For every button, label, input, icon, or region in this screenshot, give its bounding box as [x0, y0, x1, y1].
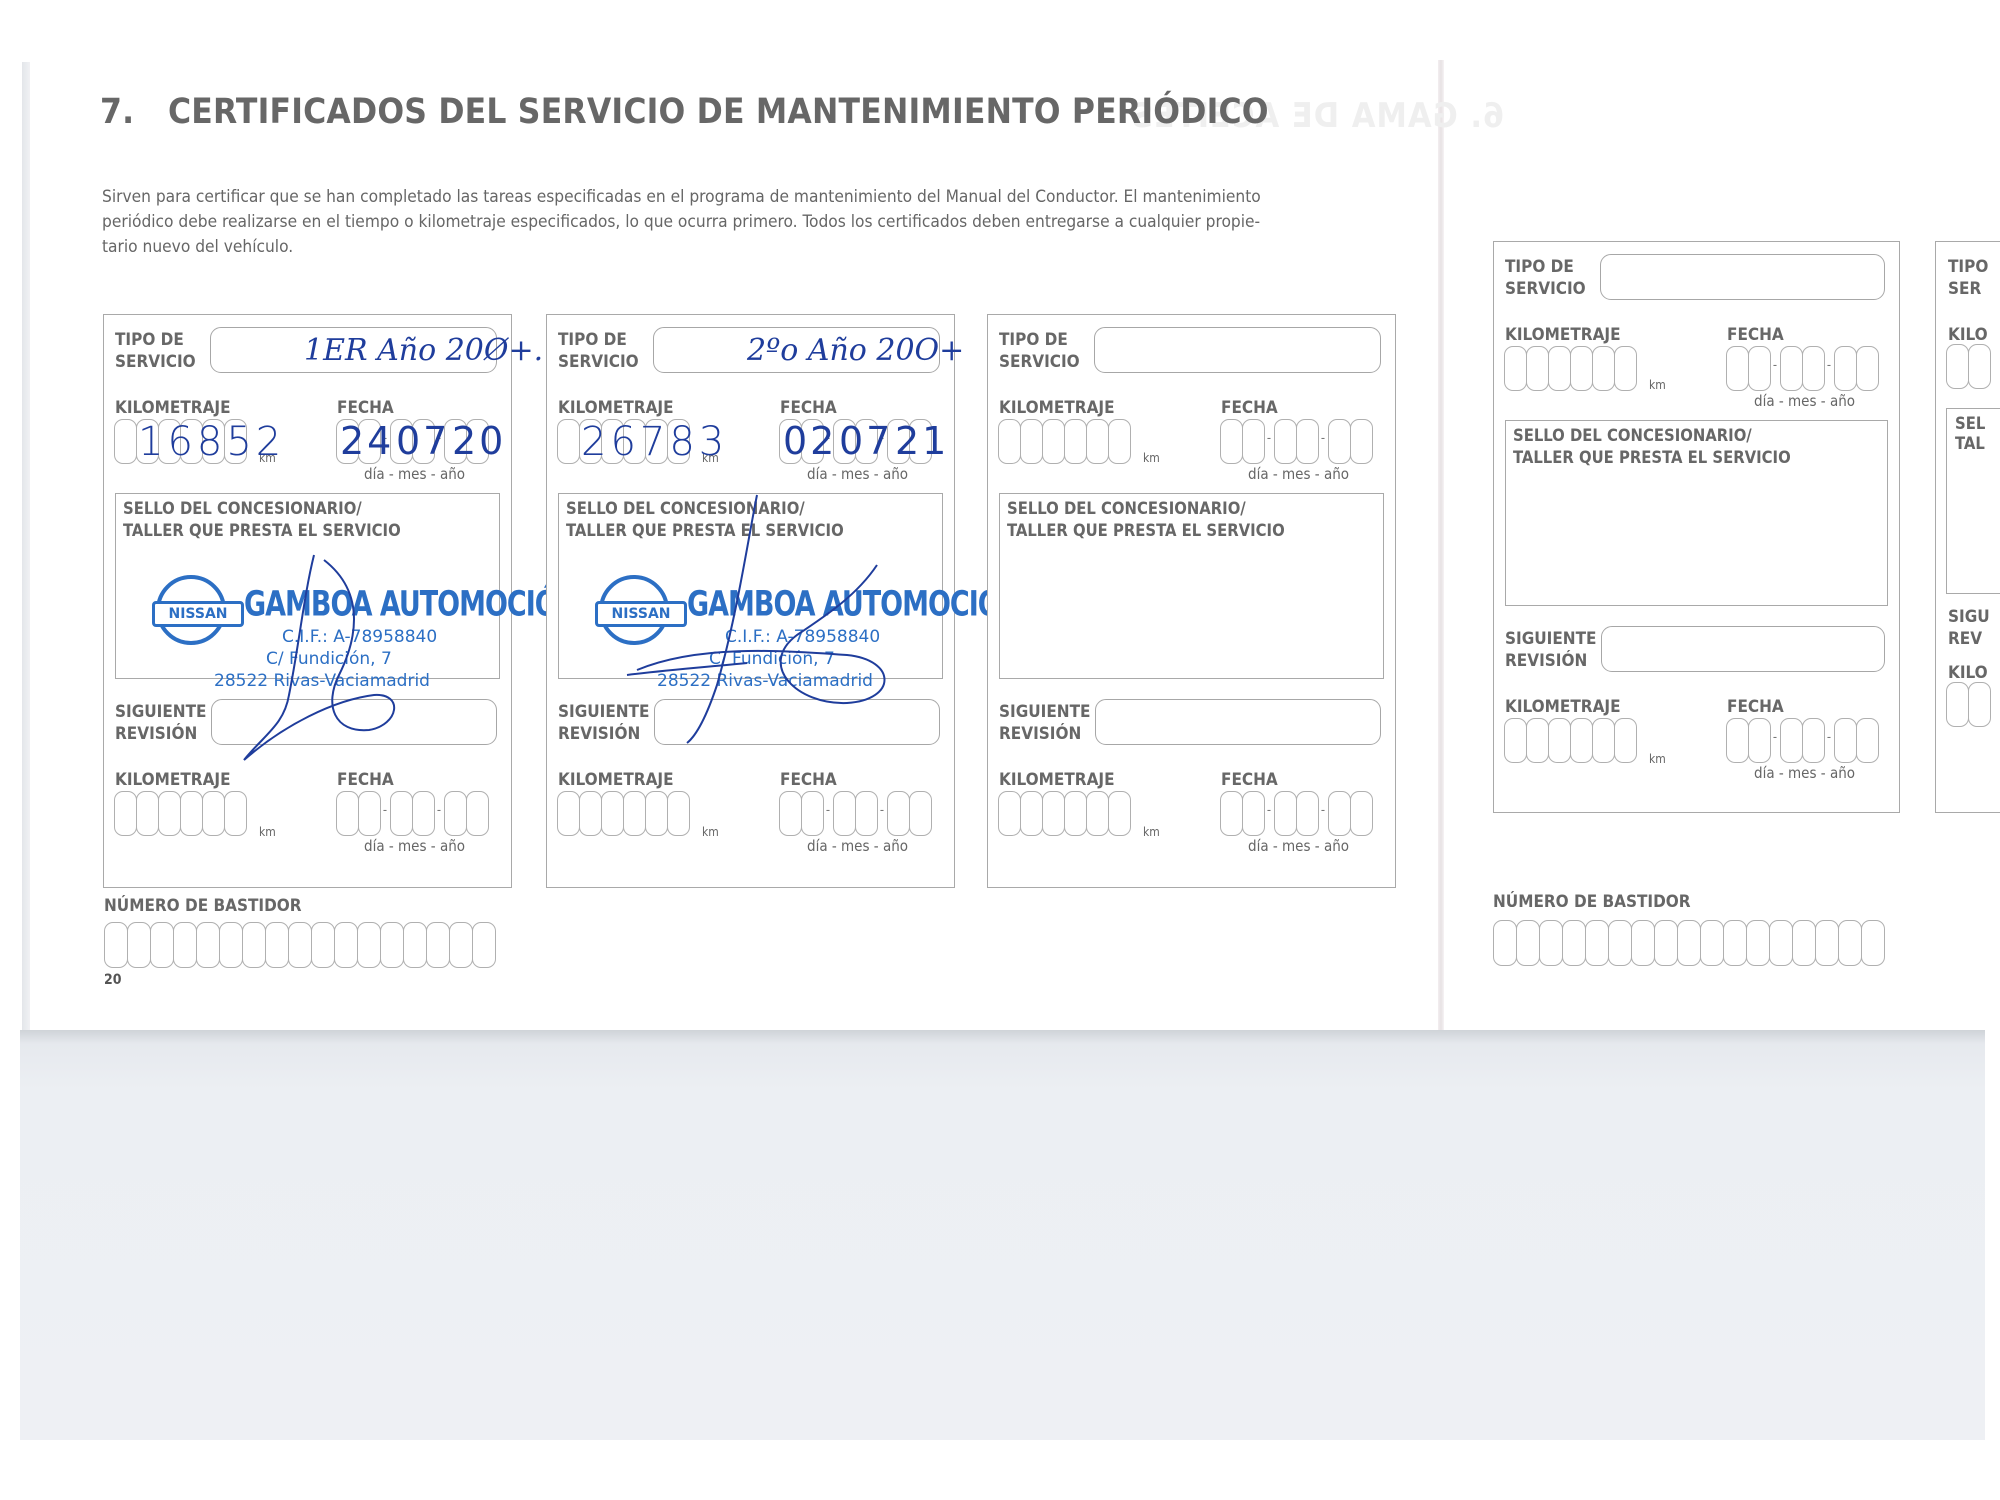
partial-label: KILO	[1948, 324, 1988, 346]
service-type-label: SERVICIO	[558, 351, 639, 373]
digit-box[interactable]	[1548, 718, 1571, 763]
digit-box[interactable]	[1748, 718, 1771, 763]
partial-label: TAL	[1955, 433, 1985, 455]
digit-box[interactable]	[1726, 718, 1749, 763]
date-format-hint: día - mes - año	[364, 837, 465, 855]
next-service-label: REVISIÓN	[558, 723, 640, 745]
digit-box[interactable]	[998, 791, 1021, 836]
digit-box[interactable]	[1856, 718, 1879, 763]
dealer-stamp-area: SELLO DEL CONCESIONARIO/TALLER QUE PREST…	[999, 493, 1384, 679]
stamp-label: TALLER QUE PRESTA EL SERVICIO	[566, 520, 844, 542]
next-service-field[interactable]	[1601, 626, 1885, 672]
digit-box[interactable]	[909, 419, 932, 464]
digit-box[interactable]	[1296, 419, 1319, 464]
vin-digit-box[interactable]	[1700, 920, 1724, 966]
stamp-label: SELLO DEL CONCESIONARIO/	[123, 498, 362, 520]
digit-box[interactable]	[224, 419, 247, 464]
service-type-field[interactable]	[653, 327, 940, 373]
date-separator: -	[1824, 718, 1834, 763]
digit-box[interactable]	[645, 419, 668, 464]
vin-digit-box[interactable]	[1861, 920, 1885, 966]
vin-digit-box[interactable]	[1815, 920, 1839, 966]
vin-digit-box[interactable]	[1516, 920, 1540, 966]
mileage-label: KILOMETRAJE	[115, 769, 231, 791]
service-type-label: TIPO DE	[1505, 256, 1574, 278]
section-title: CERTIFICADOS DEL SERVICIO DE MANTENIMIEN…	[168, 92, 1269, 132]
next-date-field[interactable]: --	[1220, 791, 1372, 836]
stamp-label: SELLO DEL CONCESIONARIO/	[1513, 425, 1752, 447]
certificate-card-partial: TIPO SER KILO SEL TAL SIGU REV KILO	[1935, 241, 2000, 813]
vin-digit-box[interactable]	[380, 922, 404, 968]
km-unit: km	[1649, 752, 1666, 766]
vin-digit-box[interactable]	[1792, 920, 1816, 966]
date-format-hint: día - mes - año	[1754, 764, 1855, 782]
digit-box[interactable]	[224, 791, 247, 836]
next-mileage-field[interactable]	[557, 791, 689, 836]
service-type-field[interactable]	[1600, 254, 1885, 300]
vin-digit-box[interactable]	[1631, 920, 1655, 966]
date-separator: -	[1264, 419, 1274, 464]
digit-box[interactable]	[1834, 346, 1857, 391]
digit-box[interactable]	[1614, 346, 1637, 391]
next-service-label: REVISIÓN	[115, 723, 197, 745]
vin-digit-box[interactable]	[403, 922, 427, 968]
date-format-hint: día - mes - año	[1248, 465, 1349, 483]
digit-box[interactable]	[1350, 419, 1373, 464]
digit-box[interactable]	[202, 791, 225, 836]
digit-box[interactable]	[1220, 419, 1243, 464]
date-separator: -	[1770, 718, 1780, 763]
mileage-label: KILOMETRAJE	[999, 397, 1115, 419]
date-field[interactable]: --	[1220, 419, 1372, 464]
service-type-label: TIPO DE	[558, 329, 627, 351]
digit-box[interactable]	[833, 791, 856, 836]
next-mileage-field[interactable]	[114, 791, 246, 836]
digit-box[interactable]	[667, 791, 690, 836]
digit-box[interactable]	[1504, 346, 1527, 391]
stamp-label: SELLO DEL CONCESIONARIO/	[566, 498, 805, 520]
digit-box[interactable]	[1856, 346, 1879, 391]
service-type-label: TIPO DE	[999, 329, 1068, 351]
next-date-field[interactable]: --	[1726, 718, 1878, 763]
date-separator: -	[1318, 791, 1328, 836]
partial-label: REV	[1948, 628, 1982, 650]
date-field[interactable]: --	[1726, 346, 1878, 391]
dealer-stamp-area: SELLO DEL CONCESIONARIO/TALLER QUE PREST…	[115, 493, 500, 679]
digit-box[interactable]	[1526, 718, 1549, 763]
digit-box[interactable]	[412, 419, 435, 464]
certificate-card: TIPO DESERVICIOKILOMETRAJEFECHAkm--día -…	[546, 314, 955, 888]
digit-box[interactable]	[1064, 791, 1087, 836]
vin-digit-box[interactable]	[1677, 920, 1701, 966]
vin-label: NÚMERO DE BASTIDOR	[1493, 892, 1691, 912]
digit-box[interactable]	[1592, 346, 1615, 391]
km-unit: km	[259, 825, 276, 839]
date-separator: -	[380, 791, 390, 836]
vin-digit-box[interactable]	[449, 922, 473, 968]
vin-digit-box[interactable]	[150, 922, 174, 968]
digit-box[interactable]	[887, 419, 910, 464]
digit-box[interactable]	[1042, 791, 1065, 836]
service-type-field[interactable]	[1094, 327, 1381, 373]
digit-box[interactable]	[667, 419, 690, 464]
digit-box[interactable]	[1220, 791, 1243, 836]
digit-box[interactable]	[909, 791, 932, 836]
digit-box[interactable]	[358, 419, 381, 464]
mileage-label: KILOMETRAJE	[1505, 696, 1621, 718]
digit-box[interactable]	[779, 791, 802, 836]
date-separator: -	[1824, 346, 1834, 391]
digit-box[interactable]	[1086, 791, 1109, 836]
digit-box[interactable]	[444, 419, 467, 464]
km-unit: km	[1649, 378, 1666, 392]
next-service-field[interactable]	[1095, 699, 1381, 745]
vin-field[interactable]	[1493, 920, 1884, 966]
vin-digit-box[interactable]	[426, 922, 450, 968]
stamp-label: SELLO DEL CONCESIONARIO/	[1007, 498, 1246, 520]
vin-digit-box[interactable]	[104, 922, 128, 968]
digit-box[interactable]	[1726, 346, 1749, 391]
digit-box[interactable]	[114, 791, 137, 836]
vin-digit-box[interactable]	[334, 922, 358, 968]
partial-label: KILO	[1948, 662, 1988, 684]
service-type-label: SERVICIO	[1505, 278, 1586, 300]
digit-box[interactable]	[1748, 346, 1771, 391]
next-mileage-field[interactable]	[1504, 718, 1636, 763]
date-format-hint: día - mes - año	[1754, 392, 1855, 410]
date-label: FECHA	[1221, 397, 1278, 419]
digit-box[interactable]	[557, 791, 580, 836]
date-format-hint: día - mes - año	[364, 465, 465, 483]
date-separator: -	[877, 419, 887, 464]
next-service-label: REVISIÓN	[1505, 650, 1587, 672]
digit-box[interactable]	[1504, 718, 1527, 763]
vin-digit-box[interactable]	[1608, 920, 1632, 966]
digit-box[interactable]	[136, 419, 159, 464]
partial-label: SIGU	[1948, 606, 1990, 628]
partial-label: SEL	[1955, 413, 1985, 435]
page-title: 7.CERTIFICADOS DEL SERVICIO DE MANTENIMI…	[100, 92, 1269, 132]
vin-digit-box[interactable]	[472, 922, 496, 968]
vin-digit-box[interactable]	[1493, 920, 1517, 966]
next-service-field[interactable]	[654, 699, 940, 745]
digit-box[interactable]	[1108, 791, 1131, 836]
digit-box[interactable]	[444, 791, 467, 836]
date-separator: -	[1770, 346, 1780, 391]
digit-box[interactable]	[557, 419, 580, 464]
mileage-field[interactable]	[557, 419, 689, 464]
digit-box[interactable]	[158, 791, 181, 836]
digit-box[interactable]	[180, 791, 203, 836]
digit-box[interactable]	[998, 419, 1021, 464]
vin-digit-box[interactable]	[288, 922, 312, 968]
intro-line: tario nuevo del vehículo.	[102, 235, 1402, 260]
date-separator: -	[877, 791, 887, 836]
digit-box[interactable]	[466, 791, 489, 836]
digit-box[interactable]	[601, 419, 624, 464]
vin-digit-box[interactable]	[1723, 920, 1747, 966]
next-service-label: REVISIÓN	[999, 723, 1081, 745]
digit-box[interactable]	[623, 419, 646, 464]
next-service-label: SIGUIENTE	[999, 701, 1091, 723]
digit-box[interactable]	[1020, 791, 1043, 836]
mileage-label: KILOMETRAJE	[1505, 324, 1621, 346]
mileage-label: KILOMETRAJE	[558, 769, 674, 791]
date-separator: -	[434, 419, 444, 464]
vin-digit-box[interactable]	[242, 922, 266, 968]
digit-box[interactable]	[1592, 718, 1615, 763]
date-field[interactable]: --	[336, 419, 488, 464]
certificate-card: TIPO DESERVICIOKILOMETRAJEFECHAkm--día -…	[987, 314, 1396, 888]
vin-digit-box[interactable]	[196, 922, 220, 968]
stamp-label: TALLER QUE PRESTA EL SERVICIO	[123, 520, 401, 542]
digit-box[interactable]	[1328, 791, 1351, 836]
digit-box[interactable]	[390, 419, 413, 464]
digit-box[interactable]	[1802, 718, 1825, 763]
vin-digit-box[interactable]	[1539, 920, 1563, 966]
vin-digit-box[interactable]	[1654, 920, 1678, 966]
digit-box[interactable]	[1042, 419, 1065, 464]
intro-line: Sirven para certificar que se han comple…	[102, 185, 1402, 210]
digit-box[interactable]	[1242, 419, 1265, 464]
digit-box[interactable]	[180, 419, 203, 464]
mileage-label: KILOMETRAJE	[115, 397, 231, 419]
date-label: FECHA	[337, 769, 394, 791]
date-label: FECHA	[1221, 769, 1278, 791]
digit-box[interactable]	[358, 791, 381, 836]
digit-box[interactable]	[336, 791, 359, 836]
digit-box[interactable]	[1834, 718, 1857, 763]
digit-box[interactable]	[1274, 419, 1297, 464]
vin-label: NÚMERO DE BASTIDOR	[104, 896, 302, 916]
vin-digit-box[interactable]	[1562, 920, 1586, 966]
digit-box[interactable]	[1526, 346, 1549, 391]
vin-digit-box[interactable]	[127, 922, 151, 968]
date-format-hint: día - mes - año	[807, 465, 908, 483]
vin-digit-box[interactable]	[1769, 920, 1793, 966]
km-unit: km	[259, 451, 276, 465]
digit-box[interactable]	[1274, 791, 1297, 836]
next-service-field[interactable]	[211, 699, 497, 745]
digit-box[interactable]	[412, 791, 435, 836]
digit-box[interactable]	[1802, 346, 1825, 391]
date-label: FECHA	[1727, 696, 1784, 718]
digit-box[interactable]	[601, 791, 624, 836]
mileage-label: KILOMETRAJE	[999, 769, 1115, 791]
service-type-field[interactable]	[210, 327, 497, 373]
vin-digit-box[interactable]	[1746, 920, 1770, 966]
date-label: FECHA	[337, 397, 394, 419]
digit-box[interactable]	[136, 791, 159, 836]
date-separator: -	[823, 419, 833, 464]
stamp-label: TALLER QUE PRESTA EL SERVICIO	[1513, 447, 1791, 469]
date-format-hint: día - mes - año	[1248, 837, 1349, 855]
mileage-field[interactable]	[1504, 346, 1636, 391]
dealer-stamp-area: SELLO DEL CONCESIONARIO/TALLER QUE PREST…	[1505, 420, 1888, 606]
intro-line: periódico debe realizarse en el tiempo o…	[102, 210, 1402, 235]
date-label: FECHA	[780, 769, 837, 791]
digit-box[interactable]	[1064, 419, 1087, 464]
digit-box[interactable]	[202, 419, 225, 464]
mileage-field[interactable]	[998, 419, 1130, 464]
digit-box[interactable]	[579, 791, 602, 836]
date-separator: -	[1318, 419, 1328, 464]
page-number: 20	[104, 972, 122, 988]
digit-box[interactable]	[1570, 718, 1593, 763]
digit-box[interactable]	[801, 419, 824, 464]
vin-digit-box[interactable]	[1838, 920, 1862, 966]
vin-digit-box[interactable]	[357, 922, 381, 968]
digit-box[interactable]	[1614, 718, 1637, 763]
vin-digit-box[interactable]	[311, 922, 335, 968]
next-service-label: SIGUIENTE	[115, 701, 207, 723]
digit-box[interactable]	[645, 791, 668, 836]
certificate-card: TIPO DESERVICIOKILOMETRAJEFECHAkm--día -…	[103, 314, 512, 888]
digit-box[interactable]	[1296, 791, 1319, 836]
digit-box[interactable]	[158, 419, 181, 464]
next-date-field[interactable]: --	[336, 791, 488, 836]
date-separator: -	[823, 791, 833, 836]
digit-box[interactable]	[1242, 791, 1265, 836]
next-service-label: SIGUIENTE	[1505, 628, 1597, 650]
digit-box[interactable]	[1780, 718, 1803, 763]
digit-box[interactable]	[1108, 419, 1131, 464]
date-separator: -	[1264, 791, 1274, 836]
date-separator: -	[380, 419, 390, 464]
digit-box[interactable]	[801, 791, 824, 836]
digit-box[interactable]	[579, 419, 602, 464]
digit-box[interactable]	[1328, 419, 1351, 464]
digit-box[interactable]	[1350, 791, 1373, 836]
dealer-stamp-area: SELLO DEL CONCESIONARIO/TALLER QUE PREST…	[558, 493, 943, 679]
digit-box[interactable]	[623, 791, 646, 836]
vin-field[interactable]	[104, 922, 495, 968]
scanner-bed	[20, 1030, 1985, 1440]
service-type-label: TIPO DE	[115, 329, 184, 351]
next-mileage-field[interactable]	[998, 791, 1130, 836]
digit-box[interactable]	[855, 419, 878, 464]
next-service-label: SIGUIENTE	[558, 701, 650, 723]
mileage-label: KILOMETRAJE	[558, 397, 674, 419]
km-unit: km	[1143, 451, 1160, 465]
digit-box[interactable]	[1570, 346, 1593, 391]
stamp-label: TALLER QUE PRESTA EL SERVICIO	[1007, 520, 1285, 542]
km-unit: km	[702, 825, 719, 839]
service-type-label: SERVICIO	[999, 351, 1080, 373]
vin-digit-box[interactable]	[173, 922, 197, 968]
digit-box[interactable]	[779, 419, 802, 464]
intro-paragraph: Sirven para certificar que se han comple…	[102, 185, 1402, 260]
section-number: 7.	[100, 92, 168, 132]
vin-digit-box[interactable]	[265, 922, 289, 968]
digit-box[interactable]	[833, 419, 856, 464]
digit-box[interactable]	[1086, 419, 1109, 464]
service-type-label: SERVICIO	[115, 351, 196, 373]
date-format-hint: día - mes - año	[807, 837, 908, 855]
date-separator: -	[434, 791, 444, 836]
digit-box[interactable]	[390, 791, 413, 836]
digit-box[interactable]	[855, 791, 878, 836]
date-label: FECHA	[1727, 324, 1784, 346]
km-unit: km	[1143, 825, 1160, 839]
mileage-field[interactable]	[114, 419, 246, 464]
digit-box[interactable]	[1020, 419, 1043, 464]
next-date-field[interactable]: --	[779, 791, 931, 836]
date-field[interactable]: --	[779, 419, 931, 464]
vin-digit-box[interactable]	[219, 922, 243, 968]
certificate-card: TIPO DESERVICIOKILOMETRAJEFECHAkm--día -…	[1493, 241, 1900, 813]
vin-digit-box[interactable]	[1585, 920, 1609, 966]
date-label: FECHA	[780, 397, 837, 419]
digit-box[interactable]	[1548, 346, 1571, 391]
digit-box[interactable]	[114, 419, 137, 464]
digit-box[interactable]	[1780, 346, 1803, 391]
digit-box[interactable]	[466, 419, 489, 464]
digit-box[interactable]	[336, 419, 359, 464]
digit-box[interactable]	[887, 791, 910, 836]
km-unit: km	[702, 451, 719, 465]
partial-label: SER	[1948, 278, 1981, 300]
partial-label: TIPO	[1948, 256, 1988, 278]
